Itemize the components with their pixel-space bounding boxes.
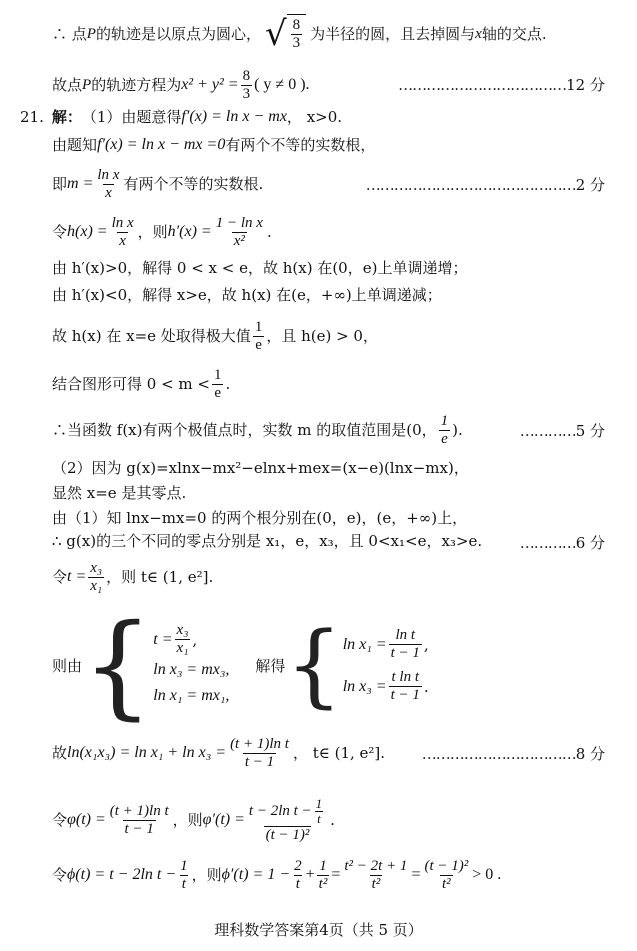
text: . — [267, 223, 272, 241]
text: 故 — [52, 744, 67, 762]
math-expr: m = — [67, 175, 93, 193]
fraction-denominator: t — [294, 875, 302, 893]
fraction-numerator: (t + 1)ln t — [228, 736, 291, 753]
text: , — [424, 636, 429, 654]
text: 令 — [52, 568, 67, 586]
text: ， x>0. — [287, 108, 342, 126]
fraction-numerator: 8 — [291, 17, 303, 34]
sqrt-expression: √ 83 — [265, 14, 306, 54]
fraction-denominator: t − 1 — [389, 686, 422, 704]
score-marker: ………………………………12 分 — [398, 74, 605, 95]
q21-line5: 由 h′(x)>0，解得 0 < x < e，故 h(x) 在(0，e)上单调递… — [52, 259, 467, 277]
fraction-denominator: t² — [317, 875, 330, 893]
text: 的轨迹是以原点为圆心， — [96, 25, 261, 43]
q21-line8: 结合图形可得 0 < m < 1e . — [52, 364, 230, 404]
fraction-denominator: 3 — [291, 34, 303, 52]
text: 令 — [52, 866, 67, 884]
fraction-numerator: t ln t — [389, 669, 421, 686]
q21-p2-line1: （2）因为 g(x)=xlnx−mx²−elnx+mex=(x−e)(lnx−m… — [52, 459, 469, 477]
q21-p2-line8: 令 ϕ(t) = t − 2ln t − 1t ，则 ϕ′(t) = 1 − 2… — [52, 855, 501, 895]
fraction-numerator: ln x — [110, 215, 136, 232]
text: 则由 — [52, 657, 82, 675]
math-expr: h(x) = — [67, 223, 108, 241]
fraction-numerator: (t + 1)ln t — [108, 803, 171, 820]
fraction-denominator: t − 1 — [389, 644, 422, 662]
text: 显然 x=e 是其零点. — [52, 484, 186, 502]
math-expr: ln(x₁x₃) = ln x₁ + ln x₃ = — [67, 744, 226, 762]
text: （2）因为 g(x)=xlnx−mx²−elnx+mex=(x−e)(lnx−m… — [52, 459, 469, 477]
score-marker: ………………………………………2 分 — [366, 174, 605, 195]
fraction-denominator: e — [439, 430, 450, 448]
fraction-denominator: t — [180, 875, 188, 893]
radical-sign-icon: √ — [265, 14, 287, 54]
q21-line3: 即 m = ln xx 有两个不等的实数根. — [52, 164, 263, 204]
text: 令 — [52, 811, 67, 829]
right-system: { ln x₁ = ln tt − 1 , ln x₃ = t ln tt − … — [285, 621, 428, 711]
fraction-denominator: t² — [440, 875, 453, 893]
var-p: P — [87, 25, 96, 43]
page-footer: 理科数学答案第4页（共 5 页） — [0, 919, 637, 940]
fraction-denominator: x₁ — [88, 577, 104, 595]
text: 解得 — [255, 657, 285, 675]
fraction-denominator: t² — [370, 875, 383, 893]
math-expr: ( y ≠ 0 ). — [254, 76, 309, 94]
score-marker: …………6 分 — [520, 532, 605, 553]
q21-p2-line5: 令 t = x₃x₁ ，则 t∈ (1, e²]. — [52, 557, 213, 597]
text: ∴ g(x)的三个不同的零点分别是 x₁，e，x₃，且 0<x₁<e，x₃>e. — [52, 532, 482, 550]
fraction-numerator: 1 — [314, 797, 325, 811]
math-expr: φ(t) = — [67, 811, 106, 829]
math-expr: t = — [67, 568, 86, 586]
fraction-denominator: t − 1 — [243, 753, 276, 771]
score-marker: ……………………………8 分 — [422, 743, 605, 764]
text: 为半径的圆，且去掉圆与 — [310, 25, 475, 43]
fraction-numerator: 1 — [439, 413, 451, 430]
fraction-numerator: t² − 2t + 1 — [342, 858, 409, 875]
fraction-numerator: ln x — [95, 167, 121, 184]
q21-p2-line6: 故 ln(x₁x₃) = ln x₁ + ln x₃ = (t + 1)ln t… — [52, 733, 385, 773]
text: （1）由题意得 — [82, 108, 182, 126]
left-brace-icon: { — [82, 610, 153, 722]
fraction-numerator: 8 — [241, 68, 253, 85]
fraction-denominator: e — [253, 336, 264, 354]
q21-line4: 令 h(x) = ln xx ，则 h′(x) = 1 − ln xx² . — [52, 212, 272, 252]
fraction-denominator: x — [103, 184, 114, 202]
q21-p2-line2: 显然 x=e 是其零点. — [52, 484, 186, 502]
text: 即 — [52, 175, 67, 193]
text: ，则 — [192, 866, 222, 884]
text: . — [330, 811, 335, 829]
math-expr: h′(x) = — [168, 223, 212, 241]
text: 有两个不等的实数根. — [123, 175, 263, 193]
text: 由 h′(x)<0，解得 x>e，故 h(x) 在(e，+∞)上单调递减； — [52, 286, 442, 304]
math-expr: f′(x) = ln x − mx =0 — [97, 136, 225, 154]
math-expr: ln x₁ = — [343, 636, 387, 654]
text: ∴当函数 f(x)有两个极值点时，实数 m 的取值范围是(0， — [52, 421, 437, 439]
math-expr: t = — [153, 631, 172, 649]
text: ∴ 点 — [52, 25, 87, 43]
text: 由题知 — [52, 136, 97, 154]
text: 有两个不等的实数根， — [225, 136, 375, 154]
text: 结合图形可得 0 < m < — [52, 375, 210, 393]
fraction-numerator: ln t — [393, 627, 417, 644]
fraction-denominator: x — [117, 232, 128, 250]
math-expr: f′(x) = ln x − mx — [181, 108, 287, 126]
math-expr: ln x₃ = mx₃, — [153, 661, 229, 687]
q21-line9: ∴当函数 f(x)有两个极值点时，实数 m 的取值范围是(0， 1e ). — [52, 410, 463, 450]
fraction-numerator: (t − 1)² — [422, 858, 470, 875]
fraction-denominator: x₁ — [175, 639, 191, 657]
fraction-numerator: t − 2ln t − — [249, 803, 312, 820]
fraction-denominator: t − 1 — [123, 820, 156, 838]
fraction-denominator: t — [315, 811, 323, 826]
fraction-numerator: 1 — [317, 858, 329, 875]
text: . — [225, 375, 230, 393]
solution-label: 解： — [52, 108, 82, 126]
q21-p2-line4: ∴ g(x)的三个不同的零点分别是 x₁，e，x₃，且 0<x₁<e，x₃>e. — [52, 532, 482, 550]
text: 轴的交点. — [482, 25, 547, 43]
math-expr: = — [331, 866, 340, 884]
math-expr: ϕ(t) = t − 2ln t − — [67, 866, 176, 884]
math-expr: φ′(t) = — [203, 811, 245, 829]
fraction-numerator: 1 — [253, 319, 265, 336]
math-expr: > 0 . — [472, 866, 501, 884]
fraction-numerator: 1 — [212, 367, 224, 384]
math-expr: ϕ′(t) = 1 − — [222, 866, 290, 884]
text: 由 h′(x)>0，解得 0 < x < e，故 h(x) 在(0，e)上单调递… — [52, 259, 467, 277]
left-brace-icon: { — [285, 621, 342, 711]
p20-conclusion-line: ∴ 点 P 的轨迹是以原点为圆心， √ 83 为半径的圆，且去掉圆与 x 轴的交… — [52, 14, 547, 54]
nested-fraction: t − 2ln t − 1t (t − 1)² — [247, 797, 328, 844]
q21-line7: 故 h(x) 在 x=e 处取得极大值 1e ，且 h(e) > 0， — [52, 316, 378, 356]
var-x: x — [475, 25, 482, 43]
text: 故点 — [52, 76, 82, 94]
score-marker: …………5 分 — [520, 420, 605, 441]
text: , — [192, 631, 197, 649]
q21-p2-line3: 由（1）知 lnx−mx=0 的两个根分别在(0，e)，(e，+∞)上， — [52, 509, 467, 527]
left-system: { t = x₃x₁ , ln x₃ = mx₃, ln x₁ = mx₁, — [82, 610, 229, 722]
math-expr: = — [411, 866, 420, 884]
q21-line2: 由题知 f′(x) = ln x − mx =0 有两个不等的实数根， — [52, 136, 375, 154]
text: 故 h(x) 在 x=e 处取得极大值 — [52, 327, 251, 345]
math-expr: ln x₁ = mx₁, — [153, 687, 229, 713]
text: 的轨迹方程为 — [91, 76, 181, 94]
text: ， t∈ (1, e²]. — [293, 744, 385, 762]
equation-system: 则由 { t = x₃x₁ , ln x₃ = mx₃, ln x₁ = mx₁… — [52, 608, 429, 723]
fraction-denominator: (t − 1)² — [264, 826, 312, 844]
text: ). — [452, 421, 463, 439]
fraction-numerator: 1 — [178, 858, 190, 875]
fraction-numerator: x₃ — [88, 560, 104, 577]
p20-equation-line: 故点 P 的轨迹方程为 x² + y² = 83 ( y ≠ 0 ). — [52, 65, 310, 105]
fraction-numerator: 2 — [292, 858, 304, 875]
math-expr: + — [306, 866, 315, 884]
q21-line6: 由 h′(x)<0，解得 x>e，故 h(x) 在(e，+∞)上单调递减； — [52, 286, 442, 304]
text: ，则 — [173, 811, 203, 829]
question-number: 21. — [20, 108, 44, 126]
math-expr: ln x₃ = — [343, 678, 387, 696]
fraction-denominator: x² — [232, 232, 247, 250]
fraction-numerator: x₃ — [175, 622, 191, 639]
text: ，且 h(e) > 0， — [266, 327, 378, 345]
fraction-denominator: 3 — [241, 85, 253, 103]
fraction-denominator: e — [212, 384, 223, 402]
q21-p2-line7: 令 φ(t) = (t + 1)ln tt − 1 ，则 φ′(t) = t −… — [52, 792, 335, 848]
text: 令 — [52, 223, 67, 241]
text: 由（1）知 lnx−mx=0 的两个根分别在(0，e)，(e，+∞)上， — [52, 509, 467, 527]
fraction-numerator: 1 − ln x — [214, 215, 265, 232]
text: . — [424, 678, 429, 696]
var-p: P — [82, 76, 91, 94]
q21-header: 21. 解： （1）由题意得 f′(x) = ln x − mx ， x>0. — [20, 108, 342, 126]
text: ，则 — [138, 223, 168, 241]
math-expr: x² + y² = — [181, 76, 238, 94]
text: ，则 t∈ (1, e²]. — [106, 568, 213, 586]
